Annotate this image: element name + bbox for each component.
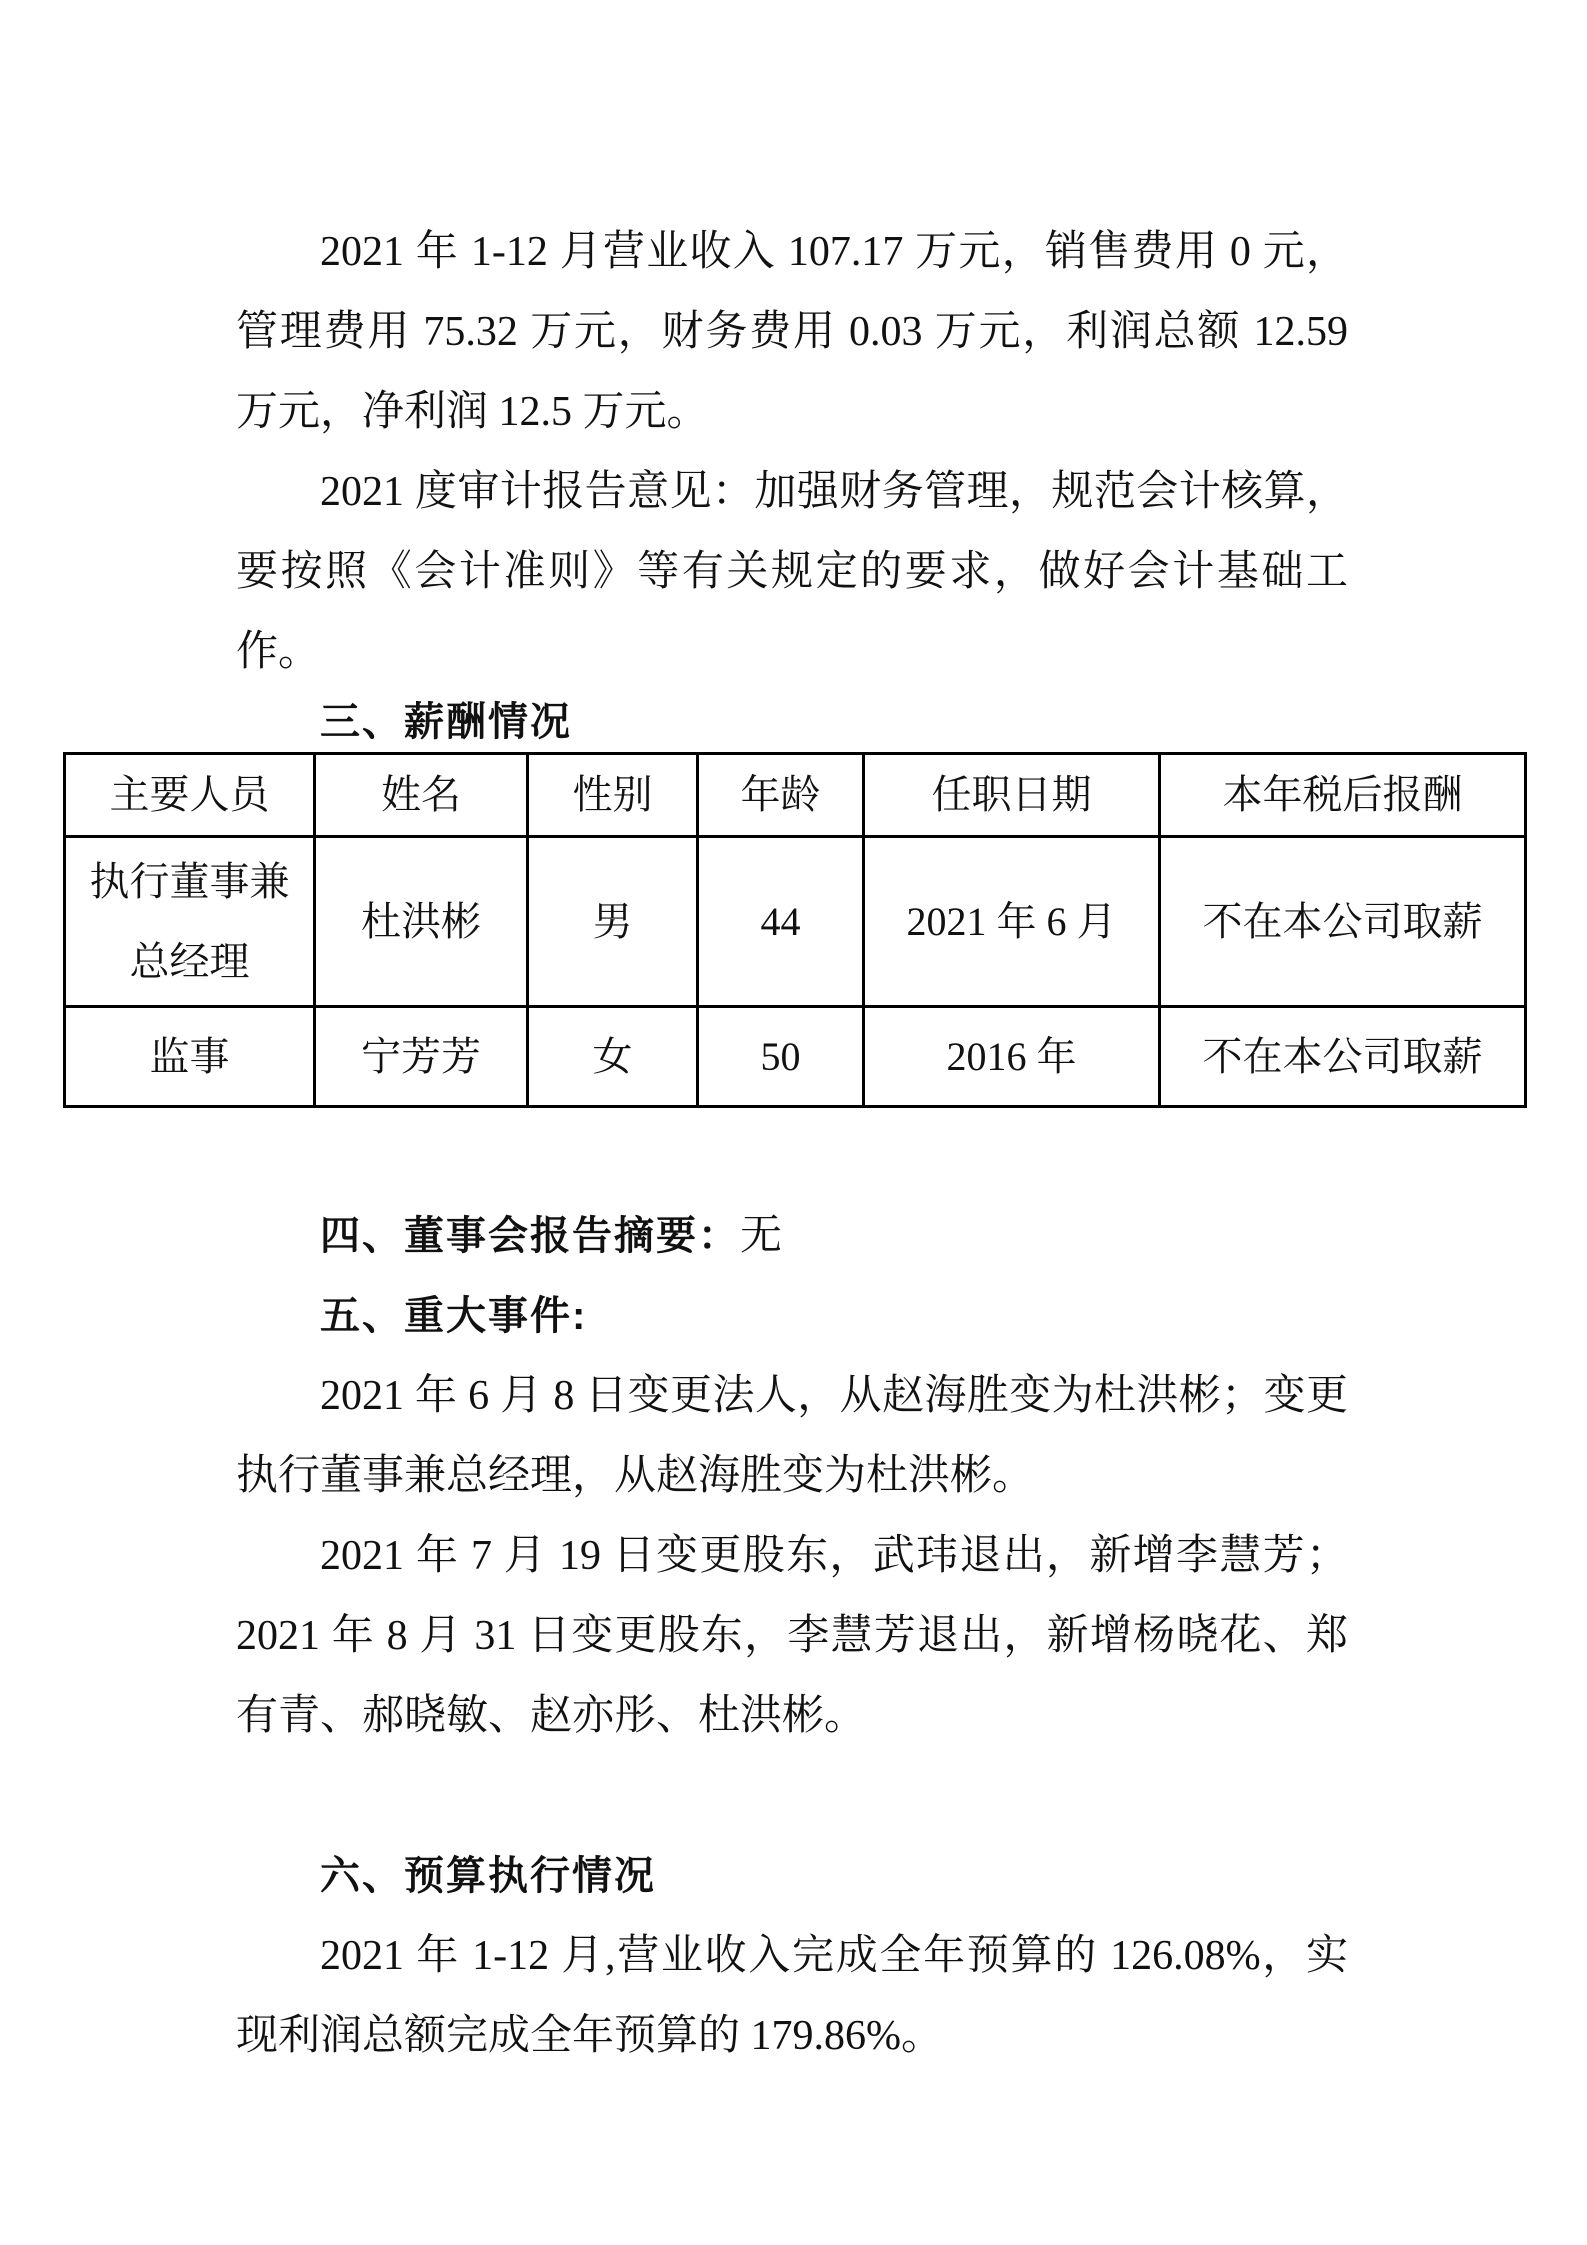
cell-pay: 不在本公司取薪 [1160, 837, 1526, 1007]
cell-gender: 男 [528, 837, 698, 1007]
cell-name: 杜洪彬 [315, 837, 528, 1007]
cell-age: 44 [698, 837, 864, 1007]
cell-tenure: 2016 年 [864, 1007, 1160, 1107]
header-cell-age: 年龄 [698, 754, 864, 837]
table-row: 监事 宁芳芳 女 50 2016 年 不在本公司取薪 [65, 1007, 1526, 1107]
document-content: 2021 年 1-12 月营业收入 107.17 万元，销售费用 0 元，管理费… [0, 0, 1587, 2076]
header-cell-gender: 性别 [528, 754, 698, 837]
cell-tenure: 2021 年 6 月 [864, 837, 1160, 1007]
cell-name: 宁芳芳 [315, 1007, 528, 1107]
header-cell-name: 姓名 [315, 754, 528, 837]
event-paragraph-legal-rep-change: 2021 年 6 月 8 日变更法人，从赵海胜变为杜洪彬；变更执行董事兼总经理，… [236, 1356, 1348, 1516]
cell-role: 监事 [65, 1007, 315, 1107]
salary-table: 主要人员 姓名 性别 年龄 任职日期 本年税后报酬 执行董事兼总经理 杜洪彬 男… [63, 752, 1527, 1108]
finance-summary-paragraph: 2021 年 1-12 月营业收入 107.17 万元，销售费用 0 元，管理费… [236, 212, 1348, 452]
header-cell-tenure: 任职日期 [864, 754, 1160, 837]
cell-gender: 女 [528, 1007, 698, 1107]
cell-role: 执行董事兼总经理 [65, 837, 315, 1007]
budget-execution-paragraph: 2021 年 1-12 月,营业收入完成全年预算的 126.08%，实现利润总额… [236, 1916, 1348, 2076]
major-events-heading: 五、重大事件: [236, 1276, 1348, 1356]
salary-table-header-row: 主要人员 姓名 性别 年龄 任职日期 本年税后报酬 [65, 754, 1526, 837]
cell-age: 50 [698, 1007, 864, 1107]
audit-opinion-paragraph: 2021 度审计报告意见：加强财务管理，规范会计核算，要按照《会计准则》等有关规… [236, 452, 1348, 692]
cell-pay: 不在本公司取薪 [1160, 1007, 1526, 1107]
board-report-heading: 四、董事会报告摘要：无 [236, 1196, 1348, 1276]
header-cell-role: 主要人员 [65, 754, 315, 837]
header-cell-pay: 本年税后报酬 [1160, 754, 1526, 837]
event-paragraph-shareholder-change: 2021 年 7 月 19 日变更股东，武玮退出，新增李慧芳；2021 年 8 … [236, 1516, 1348, 1756]
budget-section-heading: 六、预算执行情况 [236, 1836, 1348, 1916]
salary-section-heading: 三、薪酬情况 [236, 692, 1348, 752]
board-report-value: 无 [740, 1213, 782, 1259]
document-page: 2021 年 1-12 月营业收入 107.17 万元，销售费用 0 元，管理费… [0, 0, 1587, 2245]
board-report-heading-label: 四、董事会报告摘要： [320, 1214, 740, 1258]
table-row: 执行董事兼总经理 杜洪彬 男 44 2021 年 6 月 不在本公司取薪 [65, 837, 1526, 1007]
